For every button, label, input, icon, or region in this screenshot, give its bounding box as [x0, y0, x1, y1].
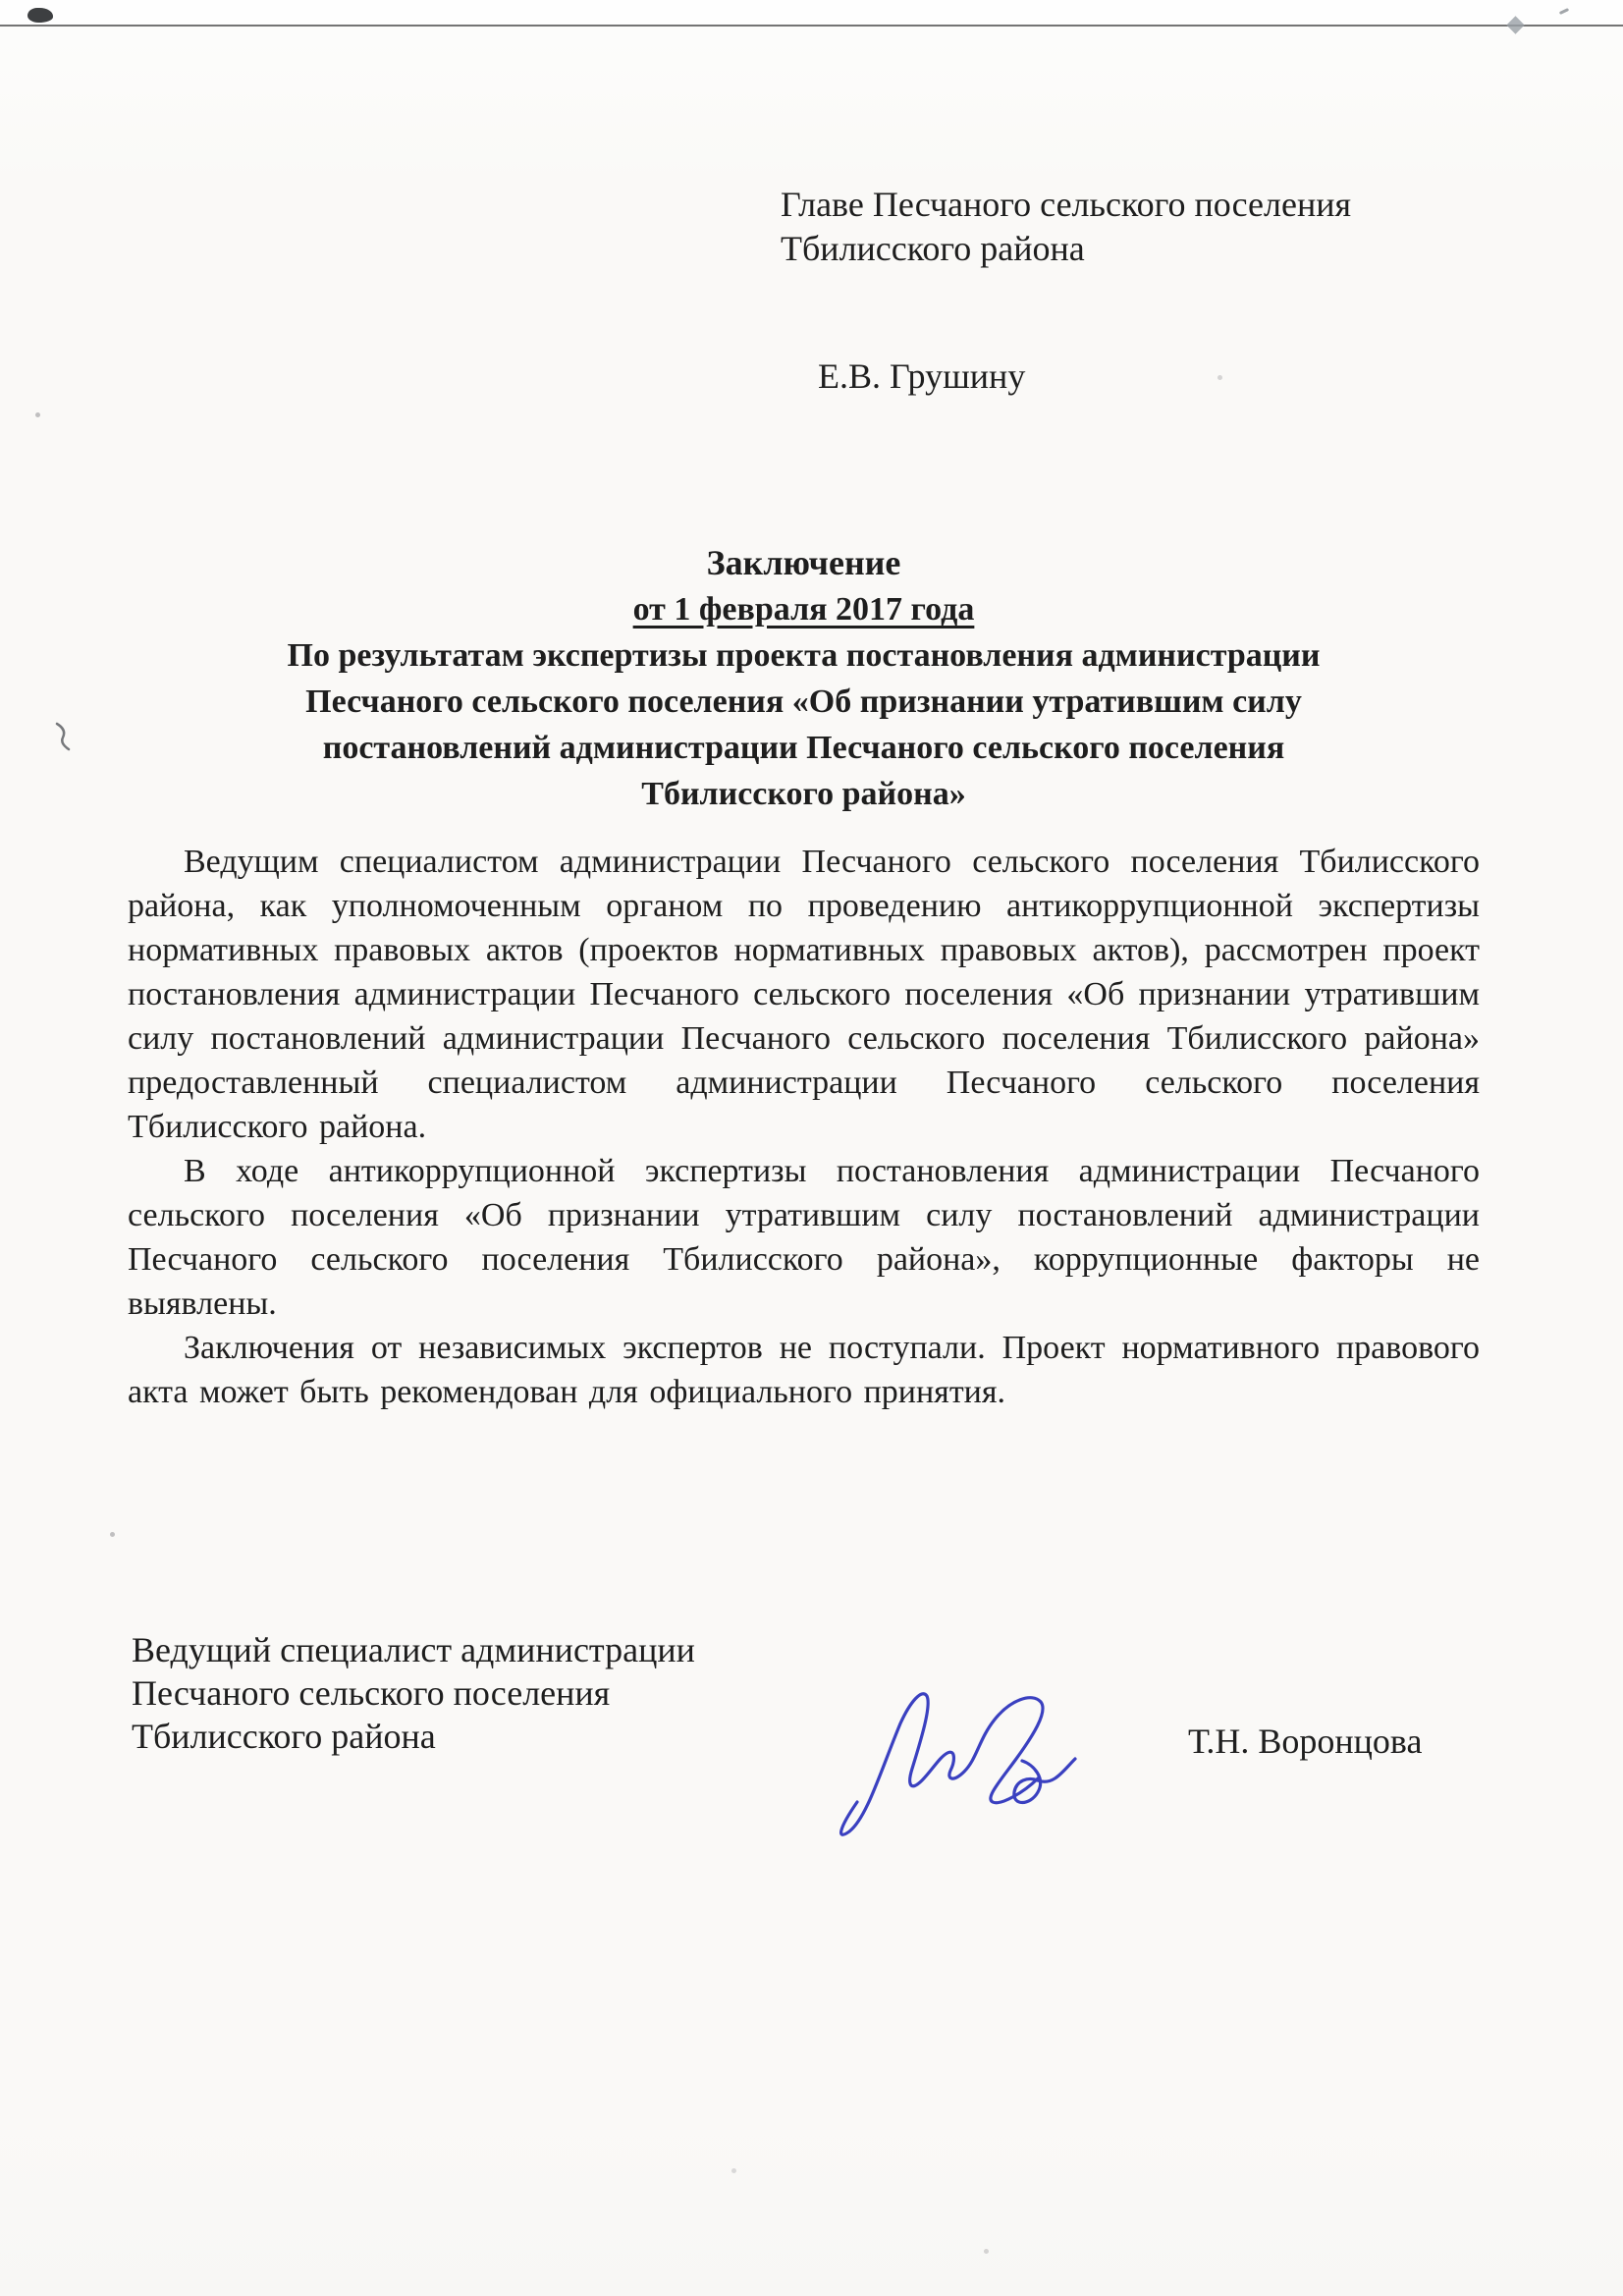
body-paragraph: Заключения от независимых экспертов не п… [128, 1326, 1480, 1414]
document-subtitle-line: Песчаного сельского поселения «Об призна… [128, 679, 1480, 725]
signature-position-line: Песчаного сельского поселения [132, 1671, 695, 1715]
signature-position-line: Тбилисского района [132, 1715, 695, 1758]
scan-artifact-dot [984, 2249, 989, 2254]
recipient-name: Е.В. Грушину [818, 355, 1025, 397]
scan-artifact-dot [731, 2168, 736, 2173]
addressee-line: Тбилисского района [781, 227, 1351, 271]
scan-artifact-dot [1217, 375, 1222, 380]
scanner-edge-strip [0, 0, 1623, 26]
document-subtitle-line: По результатам экспертизы проекта постан… [128, 632, 1480, 679]
signature-position-block: Ведущий специалист администрации Песчано… [132, 1628, 695, 1758]
scanned-document-page: Главе Песчаного сельского поселения Тбил… [0, 0, 1623, 2296]
scan-artifact-blob [27, 8, 53, 23]
signature-position-line: Ведущий специалист администрации [132, 1628, 695, 1671]
document-subtitle-line: постановлений администрации Песчаного се… [128, 725, 1480, 771]
addressee-line: Главе Песчаного сельского поселения [781, 183, 1351, 227]
body-paragraph: Ведущим специалистом администрации Песча… [128, 840, 1480, 1149]
scan-edge-line [0, 25, 1623, 27]
document-date: от 1 февраля 2017 года [128, 586, 1480, 632]
scan-artifact-pen-mark [53, 720, 77, 753]
document-body: Ведущим специалистом администрации Песча… [128, 840, 1480, 1414]
scan-artifact-dot [110, 1532, 115, 1537]
signer-name: Т.Н. Воронцова [1188, 1721, 1422, 1762]
document-subtitle-line: Тбилисского района» [128, 771, 1480, 817]
document-title-block: Заключение от 1 февраля 2017 года По рез… [128, 540, 1480, 817]
scan-artifact-dot [35, 412, 40, 417]
body-paragraph: В ходе антикоррупционной экспертизы пост… [128, 1149, 1480, 1326]
handwritten-signature [830, 1653, 1119, 1854]
document-title: Заключение [128, 540, 1480, 586]
addressee-block: Главе Песчаного сельского поселения Тбил… [781, 183, 1351, 271]
